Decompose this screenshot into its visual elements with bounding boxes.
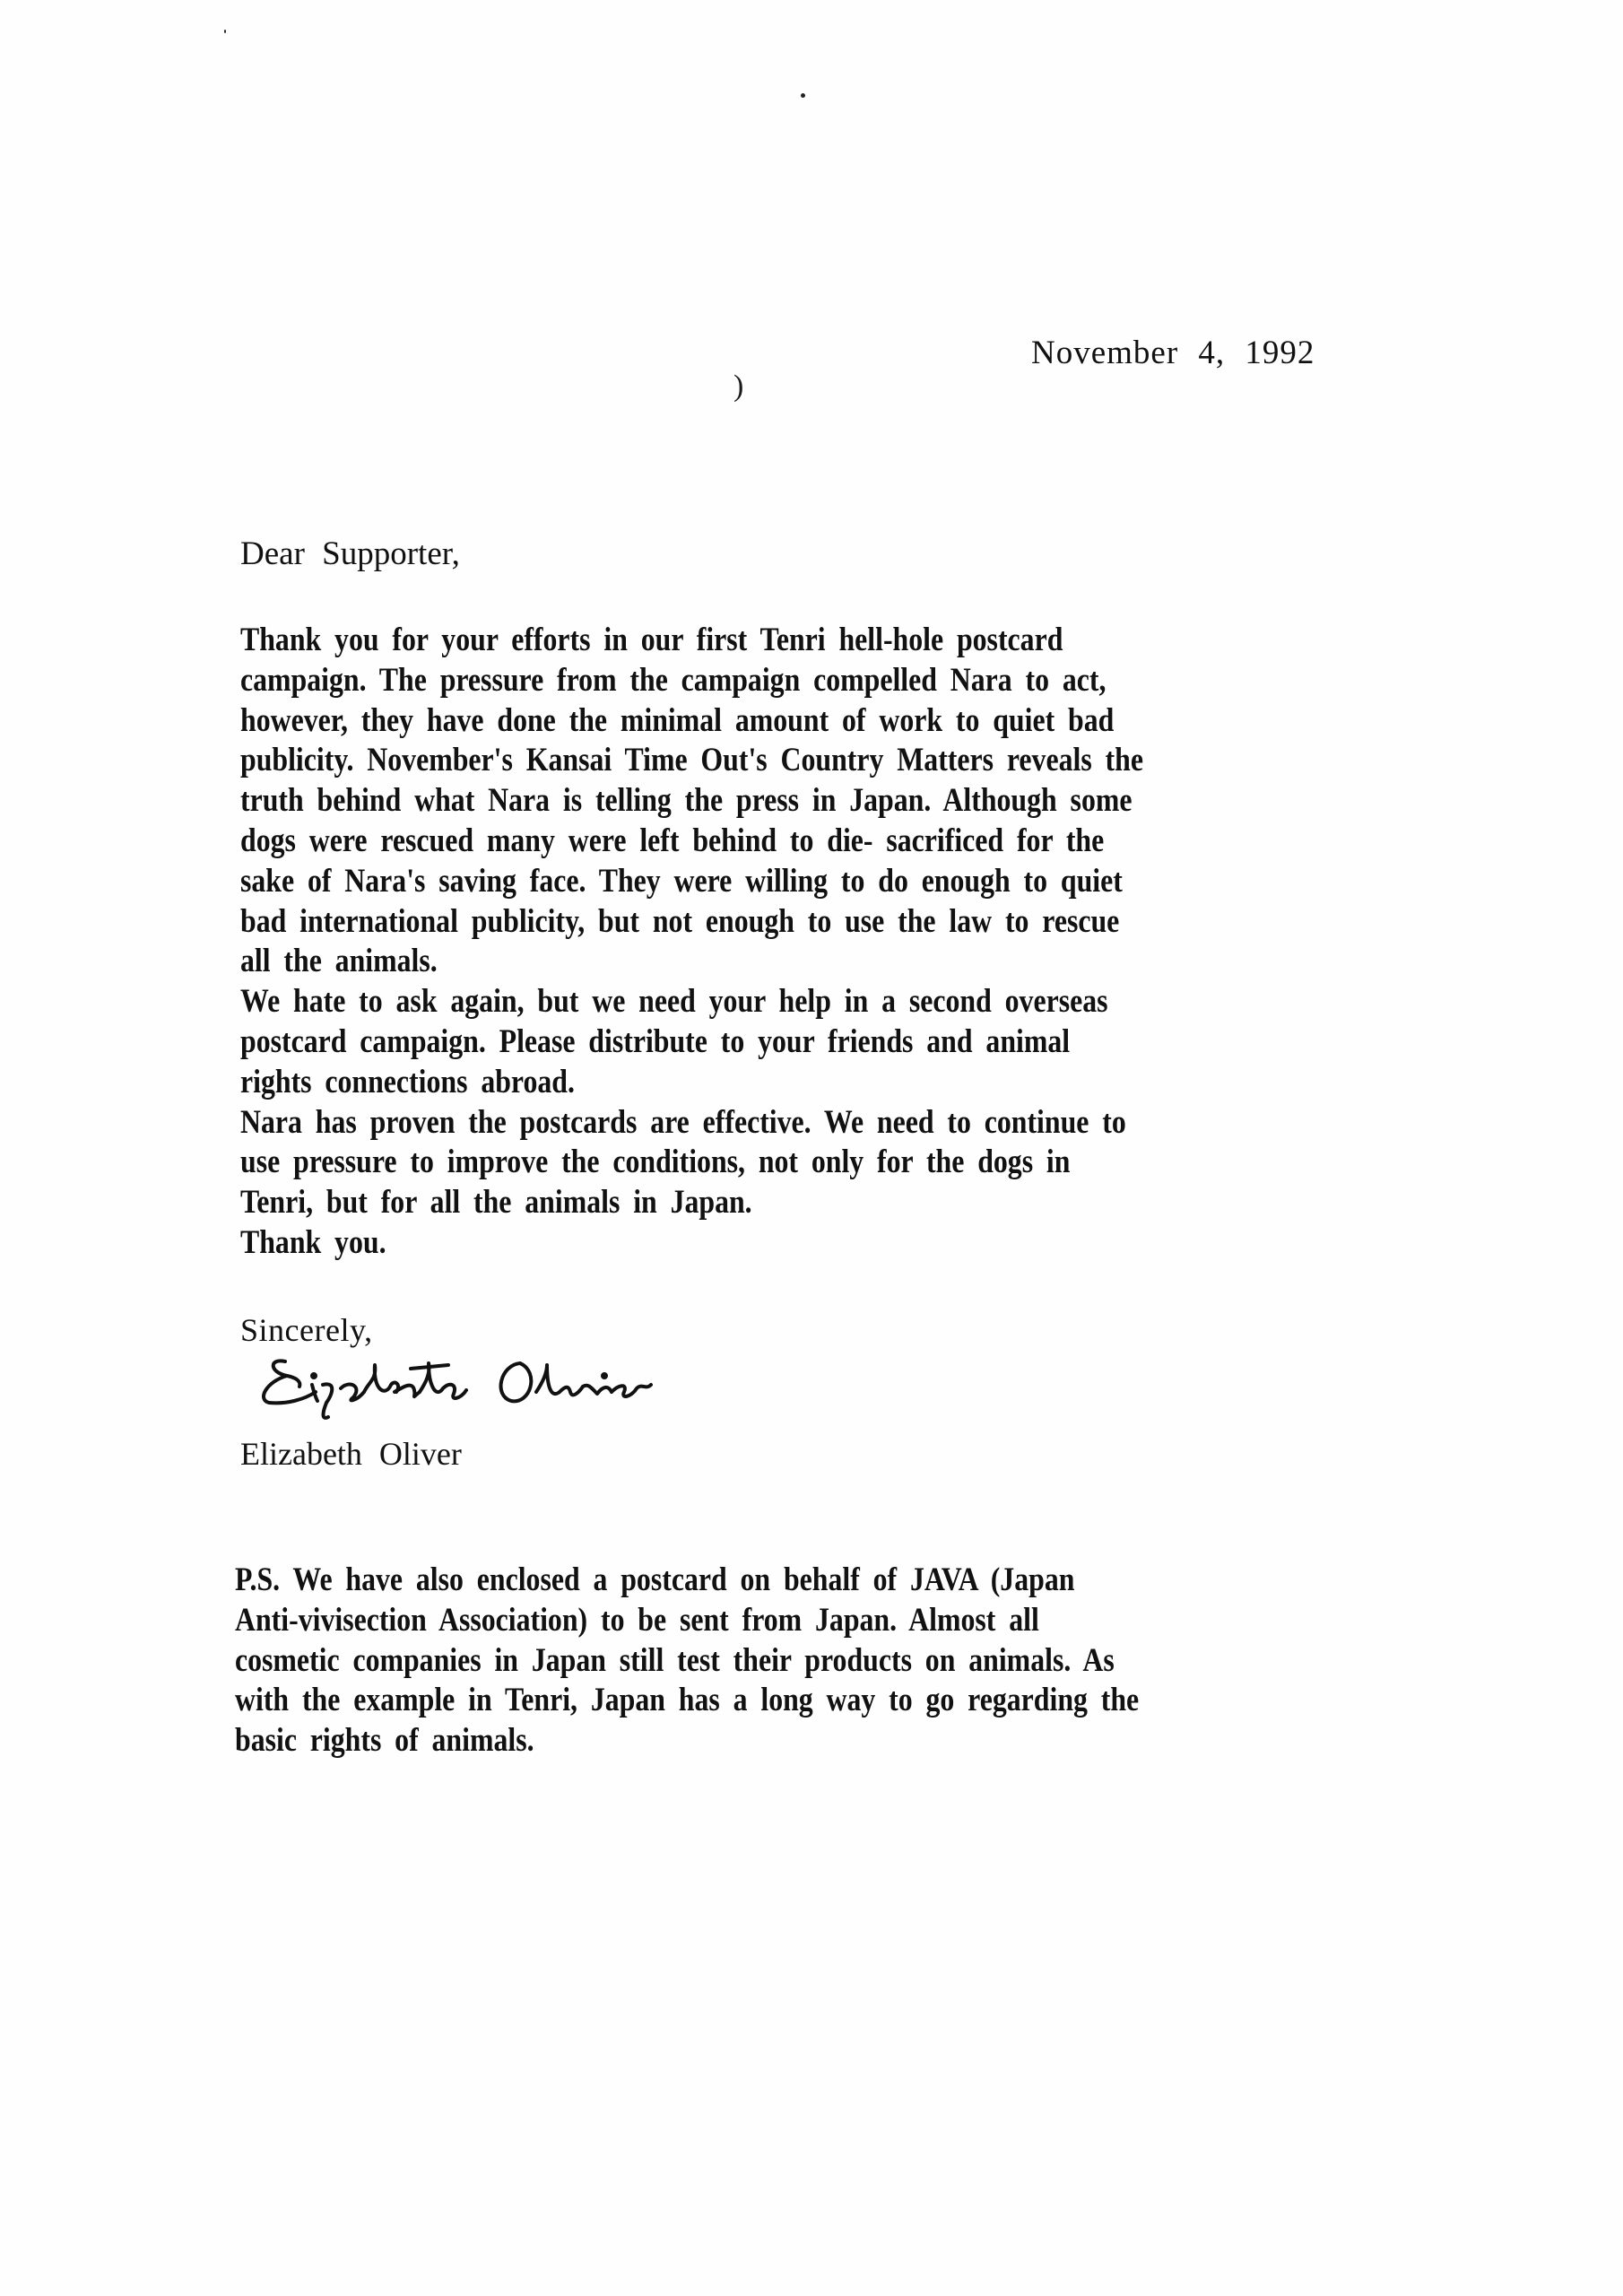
body-line: campaign. The pressure from the campaign… — [240, 661, 1273, 701]
handwritten-signature-icon — [251, 1345, 789, 1426]
salutation: Dear Supporter, — [240, 535, 460, 573]
ps-line: Anti-vivisection Association) to be sent… — [235, 1601, 1268, 1641]
letter-body: Thank you for your efforts in our first … — [240, 621, 1442, 1264]
letter-page: November 4, 1992 ) Dear Supporter, Thank… — [0, 0, 1623, 2296]
signer-name: Elizabeth Oliver — [240, 1435, 462, 1473]
stray-scan-mark: ) — [733, 370, 743, 404]
body-line: Nara has proven the postcards are effect… — [240, 1103, 1273, 1144]
body-line: We hate to ask again, but we need your h… — [240, 982, 1273, 1022]
ps-line: with the example in Tenri, Japan has a l… — [235, 1681, 1268, 1721]
body-line: Thank you for your efforts in our first … — [240, 621, 1273, 661]
letter-date: November 4, 1992 — [1031, 334, 1315, 372]
scan-speck — [801, 93, 805, 98]
ps-line: P.S. We have also enclosed a postcard on… — [235, 1561, 1268, 1601]
closing: Sincerely, — [240, 1311, 373, 1349]
scan-speck — [224, 30, 226, 33]
ps-line: basic rights of animals. — [235, 1721, 1268, 1761]
body-line: postcard campaign. Please distribute to … — [240, 1022, 1273, 1063]
body-line: truth behind what Nara is telling the pr… — [240, 781, 1273, 822]
body-line: dogs were rescued many were left behind … — [240, 822, 1273, 862]
body-line: sake of Nara's saving face. They were wi… — [240, 862, 1273, 902]
body-line: publicity. November's Kansai Time Out's … — [240, 741, 1273, 781]
body-line: however, they have done the minimal amou… — [240, 701, 1273, 742]
ps-line: cosmetic companies in Japan still test t… — [235, 1641, 1268, 1682]
body-line: bad international publicity, but not eno… — [240, 902, 1273, 943]
postscript: P.S. We have also enclosed a postcard on… — [235, 1561, 1436, 1761]
body-line: use pressure to improve the conditions, … — [240, 1143, 1273, 1183]
body-line: all the animals. — [240, 942, 1273, 982]
body-line: Tenri, but for all the animals in Japan. — [240, 1183, 1273, 1223]
body-line: rights connections abroad. — [240, 1063, 1273, 1103]
body-line: Thank you. — [240, 1223, 1273, 1264]
